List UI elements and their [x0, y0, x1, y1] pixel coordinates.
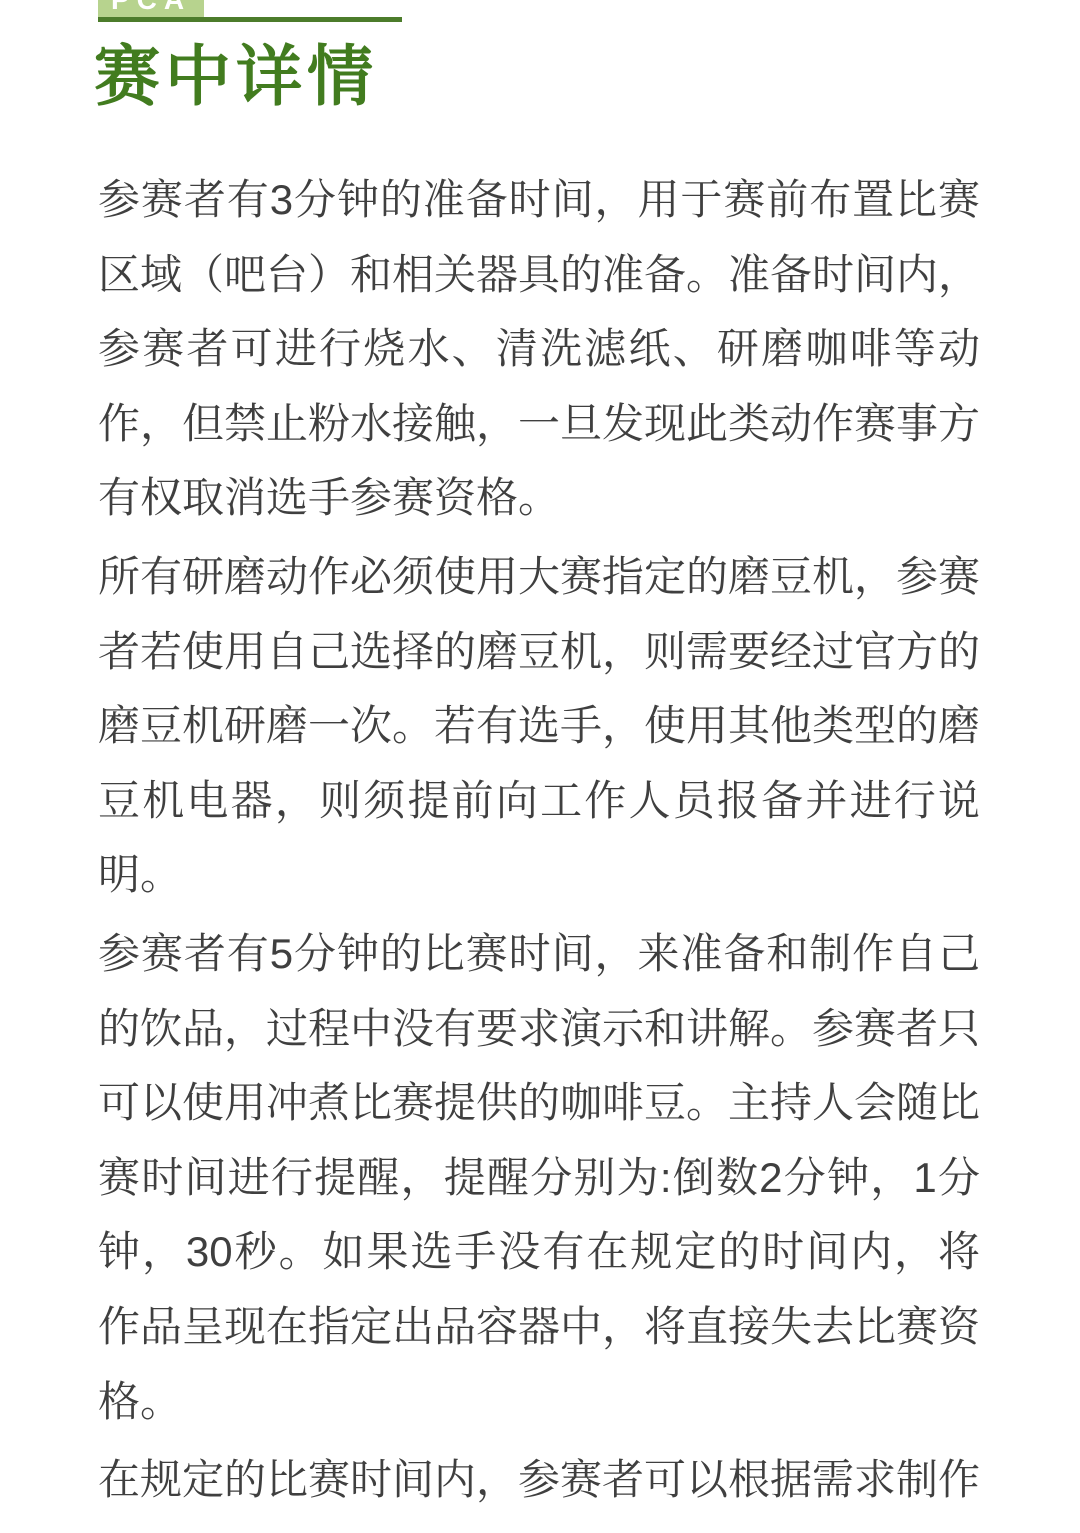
article-page: { "page": { "background": "#ffffff", "ta…	[0, 0, 1080, 1533]
paragraph-during-time: 在规定的比赛时间内，参赛者可以根据需求制作	[98, 1443, 980, 1518]
paragraph-grinder-rules: 所有研磨动作必须使用大赛指定的磨豆机，参赛者若使用自己选择的磨豆机，则需要经过官…	[98, 540, 980, 913]
category-tag-label: PCA	[98, 0, 204, 16]
heading-underline	[98, 17, 402, 22]
category-tag: PCA	[98, 0, 204, 17]
page-title: 赛中详情	[94, 34, 378, 118]
article-body: 参赛者有3分钟的准备时间，用于赛前布置比赛区域（吧台）和相关器具的准备。准备时间…	[98, 163, 980, 1522]
paragraph-preparation-time: 参赛者有3分钟的准备时间，用于赛前布置比赛区域（吧台）和相关器具的准备。准备时间…	[98, 163, 980, 536]
paragraph-competition-time: 参赛者有5分钟的比赛时间，来准备和制作自己的饮品，过程中没有要求演示和讲解。参赛…	[98, 917, 980, 1439]
